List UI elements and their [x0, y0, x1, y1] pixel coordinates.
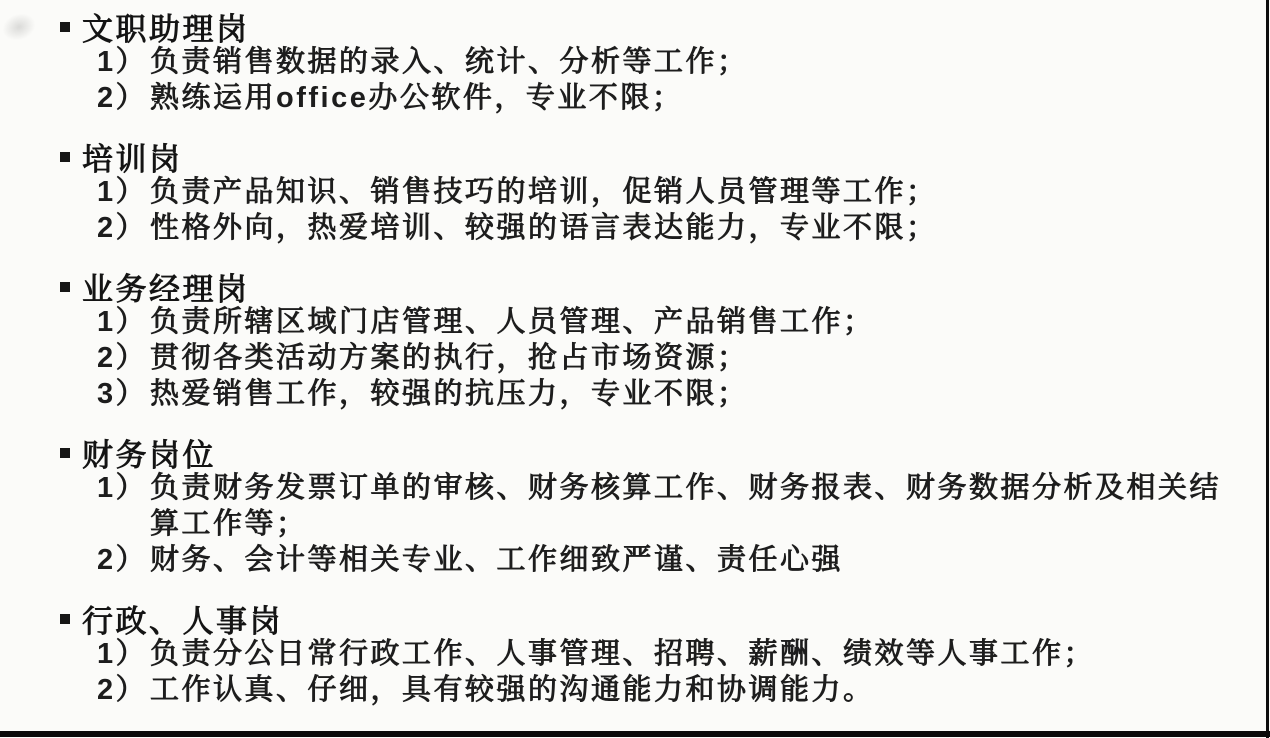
item-text: 热爱销售工作，较强的抗压力，专业不限； [150, 376, 1235, 412]
item-text: 负责销售数据的录入、统计、分析等工作； [150, 44, 1235, 80]
item-number: 2） [97, 210, 150, 246]
scan-artifact-smudge [0, 9, 39, 45]
section-heading: 文职助理岗 [60, 8, 1235, 44]
scanned-document-page: 文职助理岗 1） 负责销售数据的录入、统计、分析等工作； 2） 熟练运用offi… [0, 0, 1270, 738]
item-number: 1） [97, 174, 150, 210]
item-number: 2） [97, 80, 150, 116]
list-item: 1） 负责财务发票订单的审核、财务核算工作、财务报表、财务数据分析及相关结算工作… [97, 470, 1235, 542]
list-item: 2） 财务、会计等相关专业、工作细致严谨、责任心强 [97, 542, 1235, 578]
item-number: 2） [97, 542, 150, 578]
list-item: 2） 性格外向，热爱培训、较强的语言表达能力，专业不限； [97, 210, 1235, 246]
item-text: 性格外向，热爱培训、较强的语言表达能力，专业不限； [150, 210, 1235, 246]
section-heading: 业务经理岗 [60, 268, 1235, 304]
item-text: 财务、会计等相关专业、工作细致严谨、责任心强 [150, 542, 1235, 578]
section-title-text: 行政、人事岗 [82, 596, 283, 641]
item-text: 负责财务发票订单的审核、财务核算工作、财务报表、财务数据分析及相关结算工作等； [150, 470, 1235, 542]
square-bullet-icon [60, 448, 70, 458]
scan-bottom-edge-border [0, 731, 1270, 737]
square-bullet-icon [60, 22, 70, 32]
item-number: 1） [97, 304, 150, 340]
item-text: 工作认真、仔细，具有较强的沟通能力和协调能力。 [150, 672, 1235, 708]
list-item: 1） 负责产品知识、销售技巧的培训，促销人员管理等工作； [97, 174, 1235, 210]
item-text: 负责所辖区域门店管理、人员管理、产品销售工作； [150, 304, 1235, 340]
item-text: 负责分公日常行政工作、人事管理、招聘、薪酬、绩效等人事工作； [150, 636, 1235, 672]
section-training: 培训岗 1） 负责产品知识、销售技巧的培训，促销人员管理等工作； 2） 性格外向… [60, 138, 1235, 246]
item-text: 负责产品知识、销售技巧的培训，促销人员管理等工作； [150, 174, 1235, 210]
list-item: 1） 负责所辖区域门店管理、人员管理、产品销售工作； [97, 304, 1235, 340]
section-title-text: 文职助理岗 [82, 4, 250, 49]
square-bullet-icon [60, 282, 70, 292]
list-item: 3） 热爱销售工作，较强的抗压力，专业不限； [97, 376, 1235, 412]
list-item: 2） 贯彻各类活动方案的执行，抢占市场资源； [97, 340, 1235, 376]
item-text: 贯彻各类活动方案的执行，抢占市场资源； [150, 340, 1235, 376]
section-title-text: 财务岗位 [82, 430, 216, 475]
item-text: 熟练运用office办公软件，专业不限； [150, 80, 1235, 116]
list-item: 1） 负责分公日常行政工作、人事管理、招聘、薪酬、绩效等人事工作； [97, 636, 1235, 672]
item-number: 1） [97, 44, 150, 80]
list-item: 2） 熟练运用office办公软件，专业不限； [97, 80, 1235, 116]
list-item: 1） 负责销售数据的录入、统计、分析等工作； [97, 44, 1235, 80]
item-number: 1） [97, 636, 150, 672]
item-number: 2） [97, 672, 150, 708]
item-number: 2） [97, 340, 150, 376]
item-number: 1） [97, 470, 150, 542]
section-finance: 财务岗位 1） 负责财务发票订单的审核、财务核算工作、财务报表、财务数据分析及相… [60, 434, 1235, 578]
section-heading: 行政、人事岗 [60, 600, 1235, 636]
section-title-text: 业务经理岗 [82, 264, 250, 309]
section-heading: 培训岗 [60, 138, 1235, 174]
section-admin-hr: 行政、人事岗 1） 负责分公日常行政工作、人事管理、招聘、薪酬、绩效等人事工作；… [60, 600, 1235, 708]
list-item: 2） 工作认真、仔细，具有较强的沟通能力和协调能力。 [97, 672, 1235, 708]
section-heading: 财务岗位 [60, 434, 1235, 470]
section-title-text: 培训岗 [82, 134, 183, 179]
section-clerical-assistant: 文职助理岗 1） 负责销售数据的录入、统计、分析等工作； 2） 熟练运用offi… [60, 8, 1235, 116]
item-number: 3） [97, 376, 150, 412]
square-bullet-icon [60, 152, 70, 162]
square-bullet-icon [60, 614, 70, 624]
job-positions-list: 文职助理岗 1） 负责销售数据的录入、统计、分析等工作； 2） 熟练运用offi… [60, 8, 1235, 708]
scan-right-edge-border [1266, 0, 1269, 738]
section-business-manager: 业务经理岗 1） 负责所辖区域门店管理、人员管理、产品销售工作； 2） 贯彻各类… [60, 268, 1235, 412]
